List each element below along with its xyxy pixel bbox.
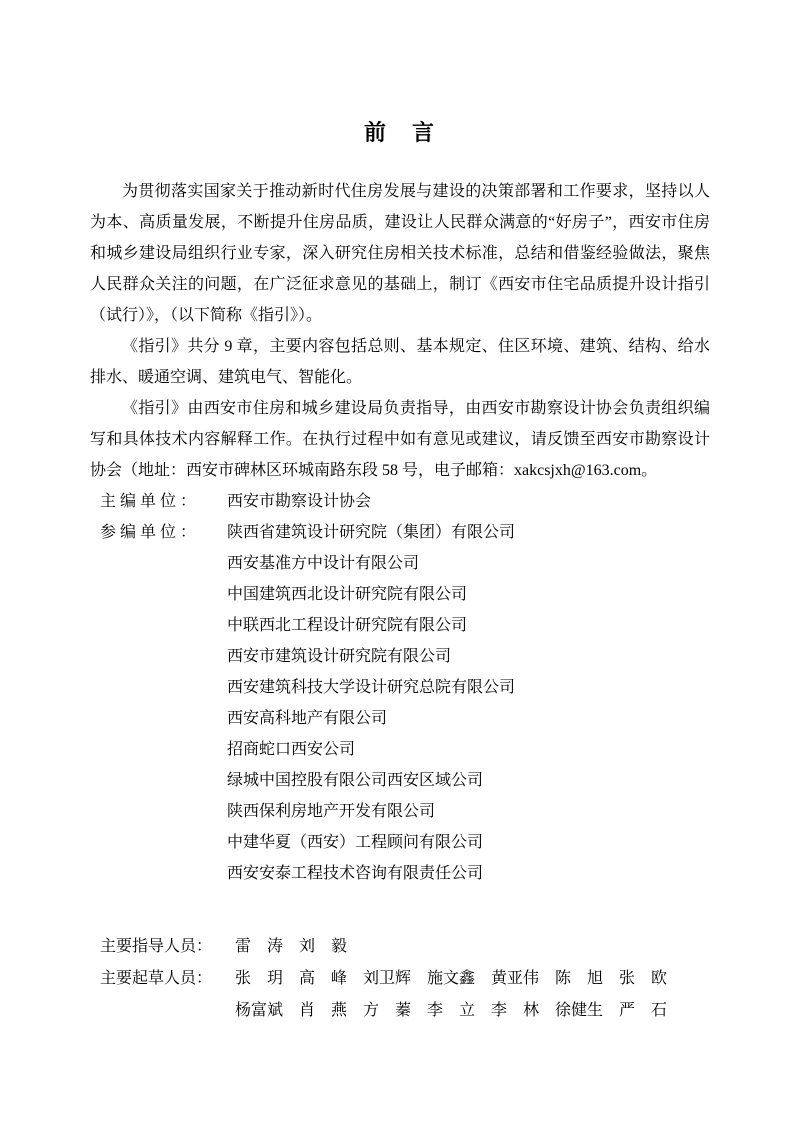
document-page: 前 言 为贯彻落实国家关于推动新时代住房发展与建设的决策部署和工作要求，坚持以人… <box>0 0 800 1132</box>
participant-unit-label: 参 编 单 位 ： <box>100 517 227 548</box>
advisors-label: 主要指导人员： <box>100 931 235 963</box>
chief-unit-row: 主 编 单 位 ： 西安市勘察设计协会 <box>100 486 710 517</box>
participant-unit-item: 西安安泰工程技术咨询有限责任公司 <box>100 858 710 889</box>
advisors-names: 雷 涛 刘 毅 <box>235 931 710 963</box>
paragraph-chapters: 《指引》共分 9 章，主要内容包括总则、基本规定、住区环境、建筑、结构、给水排水… <box>90 331 710 393</box>
participant-unit-item: 绿城中国控股有限公司西安区域公司 <box>100 765 710 796</box>
participant-unit-item: 中联西北工程设计研究院有限公司 <box>100 610 710 641</box>
chief-unit-value: 西安市勘察设计协会 <box>227 486 710 517</box>
page-content: 前 言 为贯彻落实国家关于推动新时代住房发展与建设的决策部署和工作要求，坚持以人… <box>0 0 800 1027</box>
participant-unit-item: 西安高科地产有限公司 <box>100 703 710 734</box>
participant-unit-item: 西安建筑科技大学设计研究总院有限公司 <box>100 672 710 703</box>
editing-units-section: 主 编 单 位 ： 西安市勘察设计协会 参 编 单 位 ： 陕西省建筑设计研究院… <box>90 486 710 889</box>
participant-unit-item: 陕西保利房地产开发有限公司 <box>100 796 710 827</box>
advisors-row: 主要指导人员： 雷 涛 刘 毅 <box>100 931 710 963</box>
participant-unit-item: 西安基准方中设计有限公司 <box>100 548 710 579</box>
drafters-label: 主要起草人员： <box>100 963 235 995</box>
participant-unit-item: 西安市建筑设计研究院有限公司 <box>100 641 710 672</box>
participant-unit-item: 中建华夏（西安）工程顾问有限公司 <box>100 827 710 858</box>
participant-unit-value: 陕西省建筑设计研究院（集团）有限公司 <box>227 517 710 548</box>
drafters-row: 主要起草人员： 张 玥 高 峰 刘卫辉 施文鑫 黄亚伟 陈 旭 张 欧 <box>100 963 710 995</box>
chief-unit-label: 主 编 单 位 ： <box>100 486 227 517</box>
participant-unit-row: 参 编 单 位 ： 陕西省建筑设计研究院（集团）有限公司 <box>100 517 710 548</box>
paragraph-intro: 为贯彻落实国家关于推动新时代住房发展与建设的决策部署和工作要求，坚持以人为本、高… <box>90 176 710 331</box>
personnel-section: 主要指导人员： 雷 涛 刘 毅 主要起草人员： 张 玥 高 峰 刘卫辉 施文鑫 … <box>90 931 710 1027</box>
drafters-names-line2: 杨富斌 肖 燕 方 蓁 李 立 李 林 徐健生 严 石 <box>100 995 710 1027</box>
preface-title: 前 言 <box>90 118 710 148</box>
participant-unit-item: 招商蛇口西安公司 <box>100 734 710 765</box>
paragraph-contact: 《指引》由西安市住房和城乡建设局负责指导，由西安市勘察设计协会负责组织编写和具体… <box>90 393 710 486</box>
drafters-names-line1: 张 玥 高 峰 刘卫辉 施文鑫 黄亚伟 陈 旭 张 欧 <box>235 963 710 995</box>
participant-unit-item: 中国建筑西北设计研究院有限公司 <box>100 579 710 610</box>
